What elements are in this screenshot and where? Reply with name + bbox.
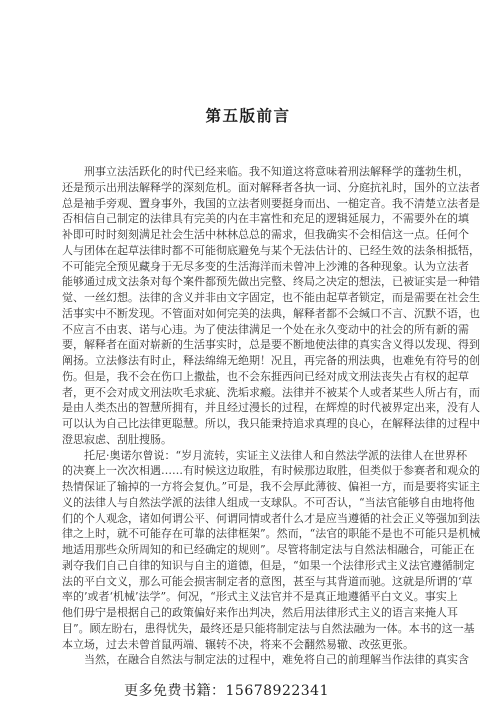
- text-line: 律之上时，就不可能存在可靠的法律框架”。然而，“法官的职能不是也不可能只是机械: [62, 526, 446, 542]
- text-line: 觉、一丝幻想。法律的含义并非由文字固定，也不能由起草者锁定，而是需要在社会生: [62, 290, 446, 306]
- text-line: 剥夺我们自己自律的知识与自主的道德，但是，“如果一个法律形式主义法官遵循制定: [62, 558, 446, 574]
- text-line: 伤。但是，我不会在伤口上撒盐，也不会东捱西问已经对成文刑法丧失占有权的起草: [62, 369, 446, 385]
- text-line: 们的个人观念，诸如何谓公平、何谓同情或者什么才是应当遵循的社会正义等强加到法: [62, 511, 446, 527]
- text-line: 人与团体在起草法律时都不可能彻底避免与某个无法估计的、已经生效的法条相抵牾，: [62, 243, 446, 259]
- text-line: 阐扬。立法修法有时止，释法绵绵无绝期！况且，再完备的刑法典，也难免有符号的创: [62, 353, 446, 369]
- text-line: 的决赛上一次次相遇……有时候这边取胜，有时候那边取胜，但类似于参赛者和观众的: [62, 463, 446, 479]
- text-line: 率的’或者‘机械’法学”。何况，“形式主义法官并不是真正地遵循平白文义。事实上: [62, 589, 446, 605]
- footer-watermark: 更多免费书籍：15678922341: [124, 680, 329, 700]
- text-line: 刑事立法活跃化的时代已经来临。我不知道这将意味着刑法解释学的蓬勃生机，: [62, 164, 446, 180]
- text-line: 还是预示出刑法解释学的深刻危机。面对解释者各执一词、分庭抗礼时，国外的立法者: [62, 180, 446, 196]
- text-line: 不应言不由衷、诺与心违。为了使法律满足一个处在永久变动中的社会的所有新的需: [62, 322, 446, 338]
- text-line: 目”。顾左盼右，患得忧失，最终还是只能将制定法与自然法融为一体。本书的这一基: [62, 621, 446, 637]
- page-title: 第五版前言: [0, 104, 496, 126]
- text-line: 能够通过成文法条对每个案件都预先做出完整、终局之决定的想法，已被证实是一种错: [62, 274, 446, 290]
- text-line: 托尼·奥诺尔曾说：“岁月流转，实证主义法律人和自然法学派的法律人在世界杯: [62, 448, 446, 464]
- text-line: 活事实中不断发现。不管面对如何完美的法典，解释者都不会缄口不言、沉默不语，也: [62, 306, 446, 322]
- text-line: 澄思寂虑、刮肚搜肠。: [62, 432, 446, 448]
- text-line: 热情保证了输掉的一方将会复仇。”可是，我不会厚此薄彼、偏袒一方，而是要将实证主: [62, 479, 446, 495]
- text-line: 者，更不会对成文刑法吹毛求疵、洗垢求瘢。法律并不被某个人或者某些人所占有，而: [62, 385, 446, 401]
- text-line: 可以认为自己比法律更聪慧。所以，我只能秉持追求真理的良心，在解释法律的过程中: [62, 416, 446, 432]
- text-line: 要，解释者在面对崭新的生活事实时，总是要不断地使法律的真实含义得以发现、得到: [62, 337, 446, 353]
- text-line: 是由人类杰出的智慧所拥有，并且经过漫长的过程，在辉煌的时代被界定出来，没有人: [62, 400, 446, 416]
- text-line: 否相信自己制定的法律具有完美的内在丰富性和充足的逻辑延展力，不需要外在的填: [62, 211, 446, 227]
- preface-body: 刑事立法活跃化的时代已经来临。我不知道这将意味着刑法解释学的蓬勃生机，还是预示出…: [62, 164, 446, 668]
- text-line: 不可能完全预见藏身于无尽多变的生活海洋而未曾冲上沙滩的各种现象。认为立法者: [62, 259, 446, 275]
- text-line: 地适用那些众所周知的和已经确定的规则”。尽管将制定法与自然法相融合，可能正在: [62, 542, 446, 558]
- text-line: 总是袖手旁观、置身事外，我国的立法者则要挺身而出、一槌定音。我不清楚立法者是: [62, 196, 446, 212]
- text-line: 法的平白文义，那么可能会损害制定者的意图，甚至与其背道而驰。这就是所谓的‘草: [62, 574, 446, 590]
- text-line: 补即可时时刻刻满足社会生活中林林总总的需求，但我确实不会相信这一点。任何个: [62, 227, 446, 243]
- text-line: 义的法律人与自然法学派的法律人组成一支球队。不可否认，“当法官能够自由地将他: [62, 495, 446, 511]
- text-line: 本立场，过去未曾首鼠两端、辗转不决，将来不会翻然易辙、改弦更张。: [62, 637, 446, 653]
- text-line: 当然，在融合自然法与制定法的过程中，难免将自己的前理解当作法律的真实含: [62, 652, 446, 668]
- text-line: 他们毋宁是根据自己的政策偏好来作出判决，然后用法律形式主义的语言来掩人耳: [62, 605, 446, 621]
- document-page: 第五版前言 刑事立法活跃化的时代已经来临。我不知道这将意味着刑法解释学的蓬勃生机…: [0, 0, 496, 709]
